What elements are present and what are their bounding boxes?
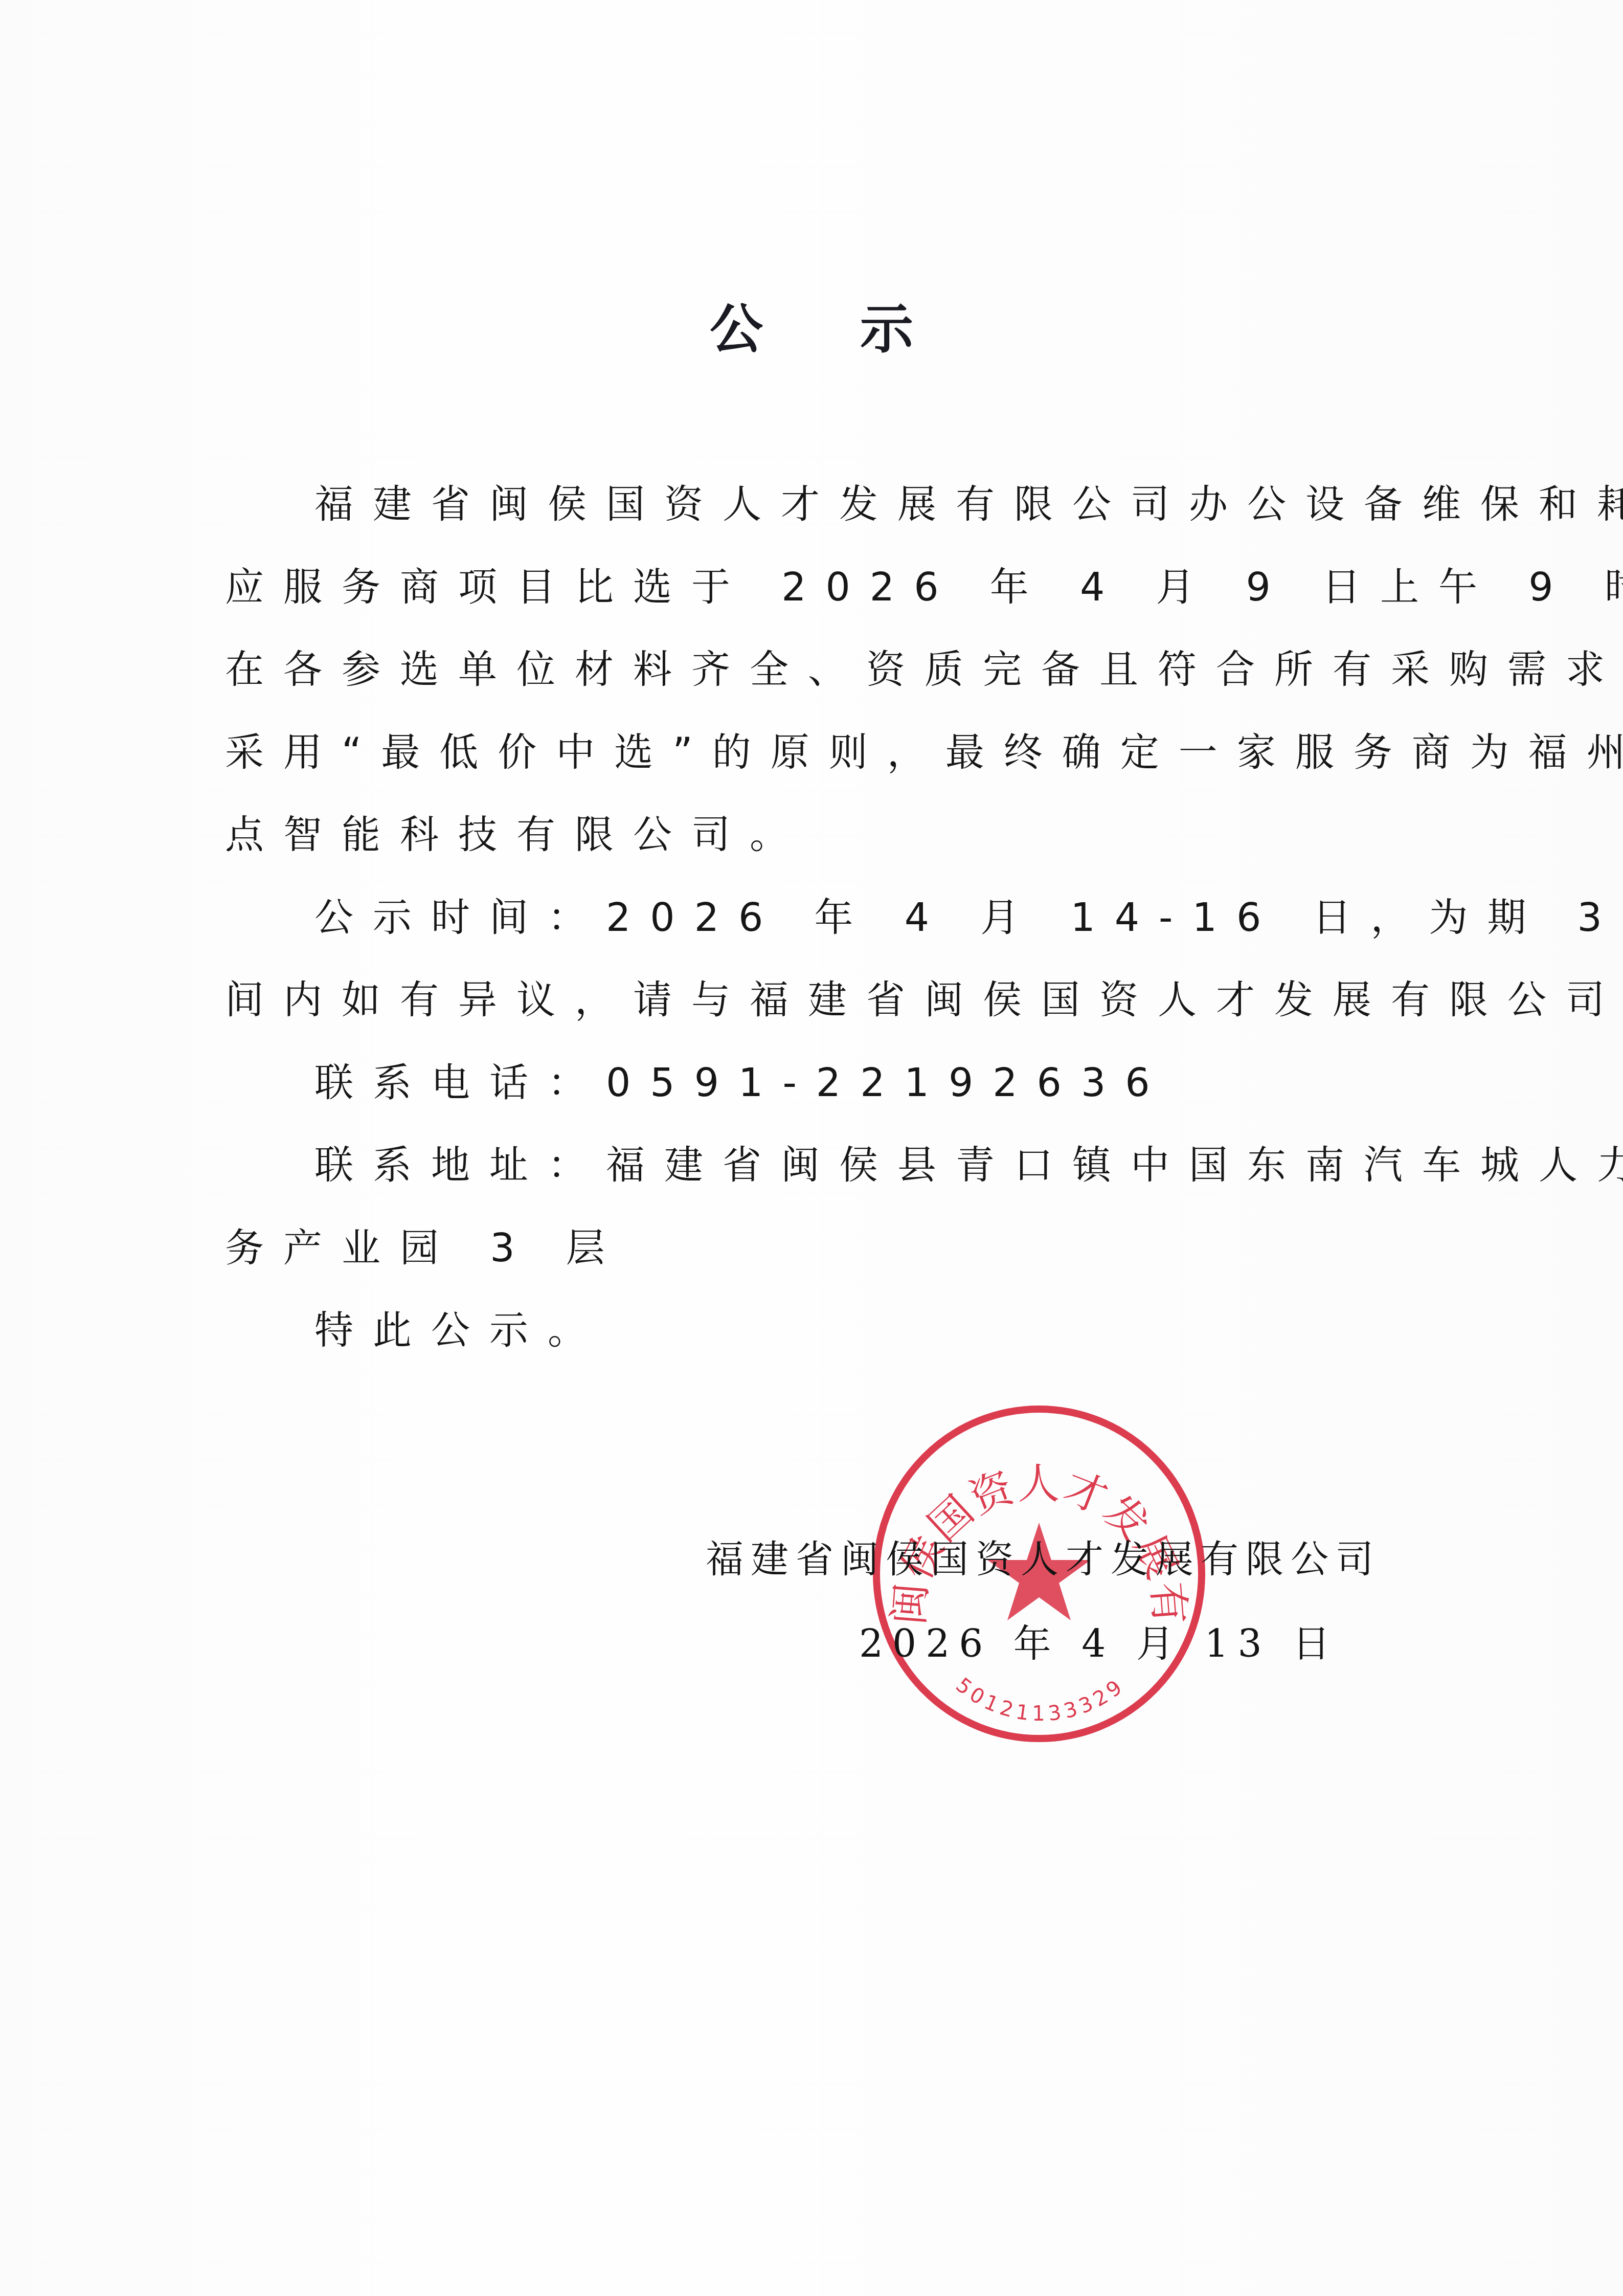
contact-address-line-2: 务产业园 3 层 [225,1207,1452,1289]
signature-organization: 福建省闽侯国资人才发展有限公司 [706,1529,1623,1584]
contact-phone: 联系电话：0591-22192636 [225,1041,1452,1124]
paragraph-2-line-2: 间内如有异议，请与福建省闽侯国资人才发展有限公司联系。 [225,958,1452,1041]
paragraph-2-line-1: 公示时间：2026 年 4 月 14-16 日，为期 3 个工作日，在此期 [225,876,1452,959]
title-char-2: 示 [860,286,913,363]
closing-statement: 特此公示。 [225,1289,1452,1372]
title-char-1: 公 [710,286,763,363]
signature-date: 2026 年 4 月 13 日 [859,1614,1623,1668]
paragraph-1-line-3: 在各参选单位材料齐全、资质完备且符合所有采购需求的前提下， [225,628,1452,711]
contact-address-line-1: 联系地址：福建省闽侯县青口镇中国东南汽车城人力资源服 [225,1124,1452,1207]
paragraph-1-line-1: 福建省闽侯国资人才发展有限公司办公设备维保和耗材供 [225,463,1452,546]
paragraph-1-line-5: 点智能科技有限公司。 [225,793,1452,876]
document-page: 公示 福建省闽侯国资人才发展有限公司办公设备维保和耗材供 应服务商项目比选于 2… [0,0,1623,2296]
notice-body: 福建省闽侯国资人才发展有限公司办公设备维保和耗材供 应服务商项目比选于 2026… [225,463,1452,1372]
paragraph-1-line-2: 应服务商项目比选于 2026 年 4 月 9 日上午 9 时在我司进行评审， [225,546,1452,629]
page-title: 公示 [0,286,1623,363]
paragraph-1-line-4: 采用“最低价中选”的原则，最终确定一家服务商为福州几何奇 [225,711,1452,794]
